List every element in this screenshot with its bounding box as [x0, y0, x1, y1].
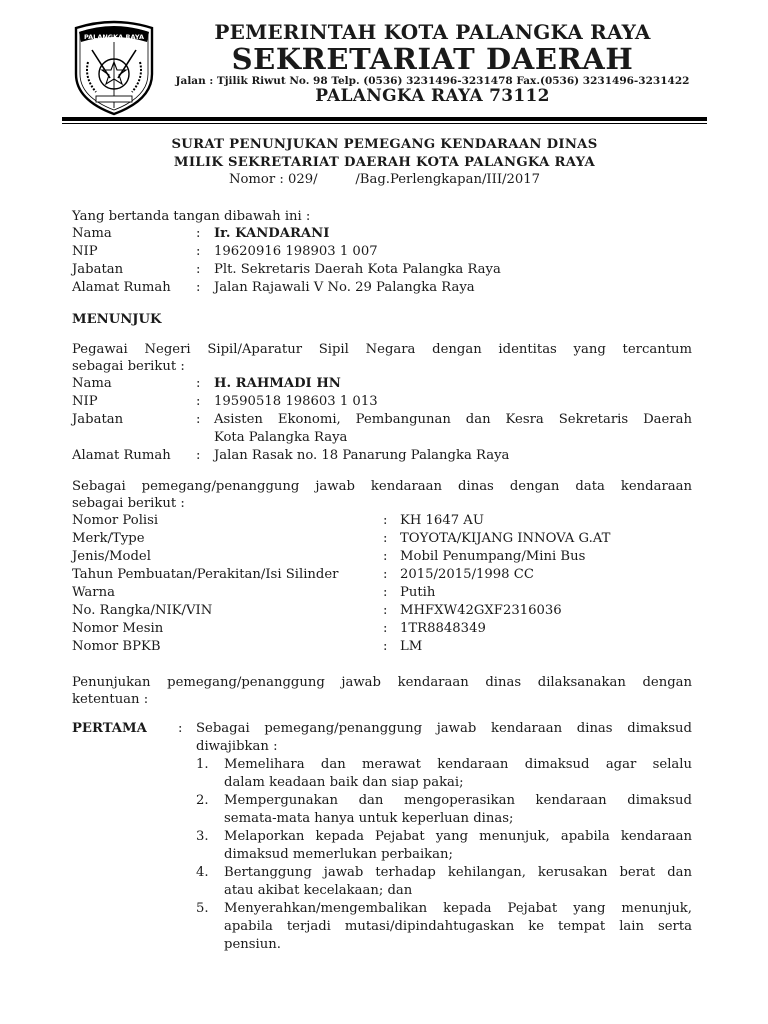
field-colon: :	[383, 531, 387, 546]
appointee-name: H. RAHMADI HN	[214, 376, 341, 391]
letterhead-office: SEKRETARIAT DAERAH	[160, 42, 705, 76]
letterhead-divider-thin	[62, 123, 707, 124]
provision-pertama-text-line2: diwajibkan :	[196, 738, 278, 756]
vehicle-field-label: Tahun Pembuatan/Perakitan/Isi Silinder	[72, 567, 338, 582]
letterhead-government: PEMERINTAH KOTA PALANGKA RAYA	[160, 20, 705, 44]
palangka-raya-coat-of-arms-icon: PALANGKA RAYA	[70, 18, 158, 116]
field-colon: :	[196, 262, 200, 277]
list-item-line1: Bertanggung jawab terhadap kehilangan, k…	[224, 864, 692, 882]
field-colon: :	[196, 244, 200, 259]
document-title-line1: SURAT PENUNJUKAN PEMEGANG KENDARAAN DINA…	[62, 137, 707, 152]
field-colon: :	[196, 448, 200, 463]
field-label: Alamat Rumah	[72, 280, 171, 295]
svg-text:PALANGKA RAYA: PALANGKA RAYA	[84, 33, 144, 41]
signatory-intro: Yang bertanda tangan dibawah ini :	[72, 208, 310, 226]
field-label: NIP	[72, 244, 98, 259]
appointee-intro-line1: Pegawai Negeri Sipil/Aparatur Sipil Nega…	[72, 341, 692, 359]
list-item-line2: atau akibat kecelakaan; dan	[224, 882, 412, 900]
vehicle-field-label: Jenis/Model	[72, 549, 151, 564]
appointee-address: Jalan Rasak no. 18 Panarung Palangka Ray…	[214, 448, 509, 463]
field-colon: :	[196, 394, 200, 409]
vehicle-field-label: Nomor Mesin	[72, 621, 163, 636]
signatory-address: Jalan Rajawali V No. 29 Palangka Raya	[214, 280, 475, 295]
vehicle-field-value: 1TR8848349	[400, 621, 486, 636]
vehicle-field-value: MHFXW42GXF2316036	[400, 603, 562, 618]
list-item-line1: Memelihara dan merawat kendaraan dimaksu…	[224, 756, 692, 774]
document-page: PALANGKA RAYA PEMERINTAH KOTA PALANGKA R…	[0, 0, 768, 1024]
appointee-position: Asisten Ekonomi, Pembangunan dan Kesra S…	[214, 412, 692, 427]
list-item-line2: semata-mata hanya untuk keperluan dinas;	[224, 810, 513, 828]
section-heading-menunjuk: MENUNJUK	[72, 311, 161, 329]
provisions-intro-line2: ketentuan :	[72, 691, 148, 709]
provision-pertama-label: PERTAMA	[72, 720, 147, 738]
vehicle-intro-line1: Sebagai pemegang/penanggung jawab kendar…	[72, 478, 692, 496]
list-item-line1: Melaporkan kepada Pejabat yang menunjuk,…	[224, 828, 692, 846]
field-colon: :	[196, 376, 200, 391]
vehicle-field-value: KH 1647 AU	[400, 513, 484, 528]
list-item-number: 5.	[196, 900, 209, 918]
field-colon: :	[196, 226, 200, 241]
list-item-line2: dalam keadaan baik dan siap pakai;	[224, 774, 464, 792]
vehicle-field-value: 2015/2015/1998 CC	[400, 567, 534, 582]
provision-pertama-text-line1: Sebagai pemegang/penanggung jawab kendar…	[196, 720, 692, 738]
field-label: Nama	[72, 376, 112, 391]
vehicle-field-label: No. Rangka/NIK/VIN	[72, 603, 212, 618]
list-item-line2: apabila terjadi mutasi/dipindahtugaskan …	[224, 918, 692, 936]
letterhead-divider-thick	[62, 117, 707, 121]
vehicle-field-value: Mobil Penumpang/Mini Bus	[400, 549, 585, 564]
field-colon: :	[383, 603, 387, 618]
field-colon: :	[383, 567, 387, 582]
letterhead-city: PALANGKA RAYA 73112	[160, 86, 705, 106]
document-number: Nomor : 029/ /Bag.Perlengkapan/III/2017	[62, 172, 707, 187]
field-label: Jabatan	[72, 412, 123, 427]
field-colon: :	[383, 621, 387, 636]
list-item-number: 4.	[196, 864, 209, 882]
field-label: Nama	[72, 226, 112, 241]
list-item-number: 3.	[196, 828, 209, 846]
list-item-line1: Mempergunakan dan mengoperasikan kendara…	[224, 792, 692, 810]
signatory-position: Plt. Sekretaris Daerah Kota Palangka Ray…	[214, 262, 501, 277]
list-item-number: 2.	[196, 792, 209, 810]
list-item-line3: pensiun.	[224, 936, 281, 954]
list-item-number: 1.	[196, 756, 209, 774]
signatory-nip: 19620916 198903 1 007	[214, 244, 378, 259]
field-label: Alamat Rumah	[72, 448, 171, 463]
vehicle-field-value: LM	[400, 639, 422, 654]
appointee-position-cont: Kota Palangka Raya	[214, 430, 347, 445]
vehicle-field-value: TOYOTA/KIJANG INNOVA G.AT	[400, 531, 610, 546]
vehicle-field-label: Merk/Type	[72, 531, 145, 546]
field-colon: :	[383, 585, 387, 600]
provision-colon: :	[178, 720, 182, 738]
field-label: NIP	[72, 394, 98, 409]
vehicle-field-label: Nomor BPKB	[72, 639, 161, 654]
document-title-line2: MILIK SEKRETARIAT DAERAH KOTA PALANGKA R…	[62, 155, 707, 170]
appointee-intro-line2: sebagai berikut :	[72, 358, 185, 376]
field-colon: :	[196, 280, 200, 295]
list-item-line2: dimaksud memerlukan perbaikan;	[224, 846, 453, 864]
appointee-nip: 19590518 198603 1 013	[214, 394, 378, 409]
field-label: Jabatan	[72, 262, 123, 277]
field-colon: :	[196, 412, 200, 427]
provisions-intro-line1: Penunjukan pemegang/penanggung jawab ken…	[72, 674, 692, 692]
field-colon: :	[383, 639, 387, 654]
vehicle-field-label: Nomor Polisi	[72, 513, 158, 528]
vehicle-intro-line2: sebagai berikut :	[72, 495, 185, 513]
field-colon: :	[383, 549, 387, 564]
list-item-line1: Menyerahkan/mengembalikan kepada Pejabat…	[224, 900, 692, 918]
signatory-name: Ir. KANDARANI	[214, 226, 329, 241]
vehicle-field-label: Warna	[72, 585, 115, 600]
vehicle-field-value: Putih	[400, 585, 435, 600]
field-colon: :	[383, 513, 387, 528]
